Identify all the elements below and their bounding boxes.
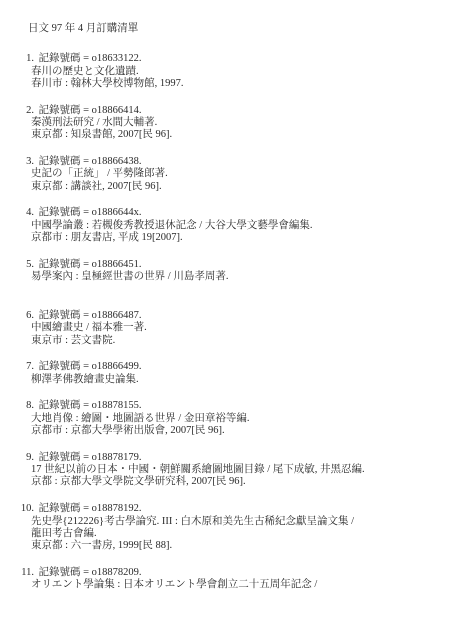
title-line: 先史學{212226}考古學論究. III : 白木原和美先生古稀紀念獻呈論文集… <box>31 516 452 528</box>
title-line: 春川の歷史と文化遺蹟. <box>31 66 452 78</box>
list-item: 11. 記錄號碼 = o18878209. オリエント學論集 : 日本オリエント… <box>0 567 452 592</box>
statement-line: 龍田考古會編. <box>31 528 452 540</box>
record-number-line: 記錄號碼 = o18866499. <box>39 361 142 373</box>
title-line: 史記の「正統」 / 平勢隆郎著. <box>31 168 452 180</box>
entry-number: 8. <box>0 400 34 412</box>
entry-number: 4. <box>0 207 34 219</box>
list-item: 6. 記錄號碼 = o18866487. 中國繪畫史 / 福本雅一著. 東京市 … <box>0 310 452 347</box>
imprint-line: 東京都 : 講談社, 2007[民 96]. <box>31 181 452 193</box>
title-line: 17 世紀以前の日本・中國・朝鮮關系繪圖地圖目錄 / 尾下成敏, 井黑忍編. <box>31 464 452 476</box>
title-line: 秦漢刑法研究 / 水間大輔著. <box>31 117 452 129</box>
title-line: 大地肖像 : 繪圖・地圖語る世界 / 金田章裕等編. <box>31 413 452 425</box>
list-item: 1. 記錄號碼 = o18633122. 春川の歷史と文化遺蹟. 春川市 : 翰… <box>0 53 452 90</box>
title-line: 中國繪畫史 / 福本雅一著. <box>31 322 452 334</box>
entry-number: 2. <box>0 105 34 117</box>
list-item: 5. 記錄號碼 = o18866451. 易學案內 : 皇極經世書の世界 / 川… <box>0 259 452 284</box>
list-item: 4. 記錄號碼 = o1886644x. 中國學論叢 : 若槻俊秀教授退休記念 … <box>0 207 452 244</box>
imprint-line: 春川市 : 翰林大學校博物館, 1997. <box>31 78 452 90</box>
title-line: 易學案內 : 皇極經世書の世界 / 川島孝周著. <box>31 271 452 283</box>
imprint-line: 東京都 : 知泉書館, 2007[民 96]. <box>31 129 452 141</box>
list-item: 10. 記錄號碼 = o18878192. 先史學{212226}考古學論究. … <box>0 503 452 552</box>
record-number-line: 記錄號碼 = o18866414. <box>39 105 142 117</box>
record-number-line: 記錄號碼 = o18878179. <box>39 452 142 464</box>
entry-number: 5. <box>0 259 34 271</box>
record-number-line: 記錄號碼 = o18878192. <box>39 503 142 515</box>
list-item: 7. 記錄號碼 = o18866499. 柳澤孝佛教繪畫史論集. <box>0 361 452 386</box>
entry-number: 7. <box>0 361 34 373</box>
list-item: 9. 記錄號碼 = o18878179. 17 世紀以前の日本・中國・朝鮮關系繪… <box>0 452 452 489</box>
list-item: 2. 記錄號碼 = o18866414. 秦漢刑法研究 / 水間大輔著. 東京都… <box>0 105 452 142</box>
record-number-line: 記錄號碼 = o1886644x. <box>39 207 142 219</box>
entry-number: 3. <box>0 156 34 168</box>
title-line: 柳澤孝佛教繪畫史論集. <box>31 374 452 386</box>
document-page: 日文 97 年 4 月訂購清單 1. 記錄號碼 = o18633122. 春川の… <box>0 0 452 640</box>
entry-number: 9. <box>0 452 34 464</box>
title-line: オリエント學論集 : 日本オリエント學會創立二十五周年記念 / <box>31 579 452 591</box>
record-number-line: 記錄號碼 = o18633122. <box>39 53 142 65</box>
imprint-line: 京都市 : 朋友書店, 平成 19[2007]. <box>31 232 452 244</box>
record-number-line: 記錄號碼 = o18866451. <box>39 259 142 271</box>
entry-number: 1. <box>0 53 34 65</box>
record-number-line: 記錄號碼 = o18866487. <box>39 310 142 322</box>
list-item: 3. 記錄號碼 = o18866438. 史記の「正統」 / 平勢隆郎著. 東京… <box>0 156 452 193</box>
entry-number: 6. <box>0 310 34 322</box>
imprint-line: 京都市 : 京都大學學術出版會, 2007[民 96]. <box>31 425 452 437</box>
imprint-line: 東京都 : 六一書房, 1999[民 88]. <box>31 540 452 552</box>
record-number-line: 記錄號碼 = o18866438. <box>39 156 142 168</box>
entry-number: 11. <box>0 567 34 579</box>
list-item: 8. 記錄號碼 = o18878155. 大地肖像 : 繪圖・地圖語る世界 / … <box>0 400 452 437</box>
record-number-line: 記錄號碼 = o18878209. <box>39 567 142 579</box>
imprint-line: 京都 : 京都大學文學院文學研究科, 2007[民 96]. <box>31 476 452 488</box>
entry-number: 10. <box>0 503 34 515</box>
record-number-line: 記錄號碼 = o18878155. <box>39 400 142 412</box>
imprint-line: 東京市 : 芸文書院. <box>31 335 452 347</box>
page-title: 日文 97 年 4 月訂購清單 <box>28 23 452 35</box>
title-line: 中國學論叢 : 若槻俊秀教授退休記念 / 大谷大學文藝學會編集. <box>31 220 452 232</box>
